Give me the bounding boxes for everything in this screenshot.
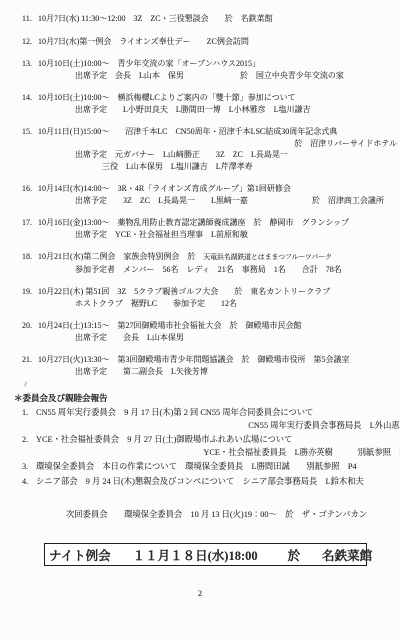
schedule-item: 17.10月16日(金)13:00～ 薬物乱用防止教育認定講師養成講座 於 静岡… xyxy=(22,217,400,240)
item-text: 10月7日(水) 11:30～12:00 3Z ZC・三役懇談会 於 名鉄菜館 xyxy=(38,13,273,25)
next-meeting-line: 次回委員会 環境保全委員会 10 月 13 日(火)19：00～ 於 ザ・ゴテン… xyxy=(66,509,400,521)
item-subline: 出席予定 L小野田良夫 L勝間田一博 L小林雅彦 L塩川謙吉 xyxy=(75,104,400,116)
item-text: 10月10日(土)10:00～ 青少年交流の家「オープンハウス2015」 xyxy=(38,58,260,70)
schedule-item: 13.10月10日(土)10:00～ 青少年交流の家「オープンハウス2015」出… xyxy=(22,58,400,81)
item-text: CN55 周年実行委員会 9 月 17 日(木)第 2 回 CN55 周年合同委… xyxy=(36,407,313,420)
item-subline: YCE・社会福祉委員長 L勝亦英樹 別紙参照 P3 xyxy=(14,447,400,460)
report-item: 3.環境保全委員会 本日の作業について 環境保全委員長 L勝間田誠 別紙参照 P… xyxy=(14,461,400,474)
scan-artifact xyxy=(24,382,28,388)
item-subline: 出席予定 会長 L山本 保男 於 国立中央青少年交流の家 xyxy=(75,70,400,82)
item-number: 19. xyxy=(22,286,38,298)
schedule-item: 19.10月22日(木) 第51回 3Z 5クラブ親善ゴルフ大会 於 東名カント… xyxy=(22,286,400,309)
page-number: 2 xyxy=(0,588,400,598)
document-content: 11.10月7日(水) 11:30～12:00 3Z ZC・三役懇談会 於 名鉄… xyxy=(0,0,400,521)
schedule-item: 12.10月7日(水)第一例会 ライオンズ奉仕デー ZC例会訪問 xyxy=(22,36,400,48)
item-subline: 三役 L山本保男 L塩川謙吉 L芹澤孝寿 xyxy=(102,161,400,173)
item-number: 13. xyxy=(22,58,38,70)
item-subline: 出席予定 元ガバナー L山﨑勝正 3Z ZC L長島晃一 xyxy=(75,149,400,161)
item-text-small: 天竜浜名湖鉄道とはままつフルーツパーク xyxy=(203,253,332,261)
item-text: 10月22日(木) 第51回 3Z 5クラブ親善ゴルフ大会 於 東名カントリーク… xyxy=(38,286,330,298)
night-meeting-venue: 名鉄菜館 xyxy=(322,546,372,564)
night-meeting-at: 於 xyxy=(288,546,301,564)
item-subline: 出席予定 会長 L山本保男 xyxy=(75,332,400,344)
item-subline: 参加予定者 メンバー 56名 レディ 21名 事務局 1名 合計 78名 xyxy=(75,264,400,276)
schedule-item: 18.10月21日(水)第二例会 家族会特別例会 於 天竜浜名湖鉄道とはままつフ… xyxy=(22,251,400,275)
schedule-item: 20.10月24日(土)13:15～ 第27回御殿場市社会福祉大会 於 御殿場市… xyxy=(22,320,400,343)
item-text: YCE・社会福祉委員会 9 月 27 日(土)御殿場市ふれあい広場について xyxy=(36,434,292,447)
item-text: 10月10日(土)10:00～ 横浜梅櫻LCよりご案内の「雙十節」参加について xyxy=(38,92,296,104)
item-number: 3. xyxy=(22,461,36,474)
item-text: 10月7日(水)第一例会 ライオンズ奉仕デー ZC例会訪問 xyxy=(38,36,249,48)
item-text: 10月11日(日)15:00～ 沼津千本LC CN50周年・沼津千本LSC結成3… xyxy=(38,126,337,138)
report-section: ＊委員会及び親睦会報告 1.CN55 周年実行委員会 9 月 17 日(木)第 … xyxy=(14,392,400,521)
schedule-item: 21.10月27日(火)13:30～ 第3回御殿場市青少年問題協議会 於 御殿場… xyxy=(22,354,400,377)
item-number: 2. xyxy=(22,434,36,447)
report-item: 4.シニア部会 9 月 24 日(木)懇親会及びコンペについて シニア部会事務局… xyxy=(14,476,400,489)
item-text: シニア部会 9 月 24 日(木)懇親会及びコンペについて シニア部会事務局長 … xyxy=(36,476,364,489)
item-number: 14. xyxy=(22,92,38,104)
item-number: 16. xyxy=(22,183,38,195)
schedule-item: 14.10月10日(土)10:00～ 横浜梅櫻LCよりご案内の「雙十節」参加につ… xyxy=(22,92,400,115)
item-number: 20. xyxy=(22,320,38,332)
schedule-item: 11.10月7日(水) 11:30～12:00 3Z ZC・三役懇談会 於 名鉄… xyxy=(22,13,400,25)
item-subline: ホストクラブ 裾野LC 参加予定 12名 xyxy=(75,298,400,310)
item-subline: 出席予定 第二副会長 L矢後芳博 xyxy=(75,366,400,378)
item-subline: CN55 周年実行委員会事務局長 L外山恵市 xyxy=(14,420,400,433)
report-item: 1.CN55 周年実行委員会 9 月 17 日(木)第 2 回 CN55 周年合… xyxy=(14,407,400,432)
schedule-item: 16.10月14日(水)14:00～ 3R・4R「ライオンズ育成グループ」第1回… xyxy=(22,183,400,206)
item-number: 12. xyxy=(22,36,38,48)
item-text: 10月27日(火)13:30～ 第3回御殿場市青少年問題協議会 於 御殿場市役所… xyxy=(38,354,350,366)
night-meeting-box: ナイト例会 １１月１８日(水)18:00 於 名鉄菜館 xyxy=(44,543,367,566)
item-subline: 出席予定 3Z ZC L長島晃一 L黒﨑一嘉 於 沼津商工会議所 xyxy=(75,195,400,207)
item-text: 10月24日(土)13:15～ 第27回御殿場市社会福祉大会 於 御殿場市民会館 xyxy=(38,320,302,332)
item-number: 21. xyxy=(22,354,38,366)
item-subline: 出席予定 YCE・社会福祉担当理事 L前原和敏 xyxy=(75,229,400,241)
document-page: 11.10月7日(水) 11:30～12:00 3Z ZC・三役懇談会 於 名鉄… xyxy=(0,0,400,640)
item-text: 10月14日(水)14:00～ 3R・4R「ライオンズ育成グループ」第1回研修会 xyxy=(38,183,291,195)
report-list: 1.CN55 周年実行委員会 9 月 17 日(木)第 2 回 CN55 周年合… xyxy=(14,407,400,488)
schedule-item: 15.10月11日(日)15:00～ 沼津千本LC CN50周年・沼津千本LSC… xyxy=(22,126,400,172)
item-text: 10月21日(水)第二例会 家族会特別例会 於 天竜浜名湖鉄道とはままつフルーツ… xyxy=(38,251,332,264)
item-number: 17. xyxy=(22,217,38,229)
item-text: 10月16日(金)13:00～ 薬物乱用防止教育認定講師養成講座 於 静岡市 グ… xyxy=(38,217,349,229)
item-text: 環境保全委員会 本日の作業について 環境保全委員長 L勝間田誠 別紙参照 P4 xyxy=(36,461,357,474)
item-number: 1. xyxy=(22,407,36,420)
report-heading: ＊委員会及び親睦会報告 xyxy=(14,392,400,404)
report-item: 2.YCE・社会福祉委員会 9 月 27 日(土)御殿場市ふれあい広場についてY… xyxy=(14,434,400,459)
item-number: 4. xyxy=(22,476,36,489)
schedule-list: 11.10月7日(水) 11:30～12:00 3Z ZC・三役懇談会 於 名鉄… xyxy=(22,13,400,377)
item-number: 15. xyxy=(22,126,38,138)
item-subline: 於 沼津リバーサイドホテル xyxy=(22,138,397,150)
night-meeting-date: １１月１８日(水)18:00 xyxy=(133,546,258,564)
item-number: 11. xyxy=(22,13,38,25)
night-meeting-label: ナイト例会 xyxy=(49,546,111,564)
item-number: 18. xyxy=(22,251,38,264)
